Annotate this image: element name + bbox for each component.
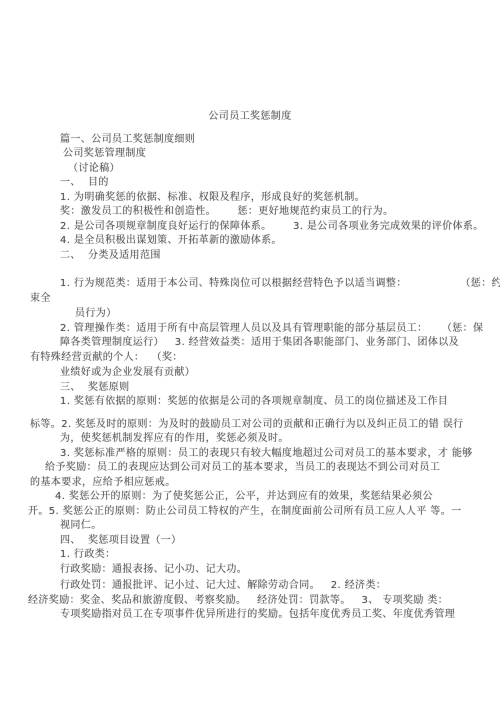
text-line: 标等。2. 奖惩及时的原则：为及时的鼓励员工对公司的贡献和正确行为以及纠正员工的…	[30, 418, 500, 433]
text-line: 的基本要求，应给予相应惩戒。	[30, 476, 500, 491]
text-line: 四、 奖惩项目设置（一）	[60, 534, 500, 549]
text-line: （讨论稿）	[68, 162, 500, 177]
text-line: 公司奖惩管理制度	[63, 147, 500, 162]
text-line: 三、 奖惩原则	[60, 381, 500, 396]
text-line: 1. 奖惩有依据的原则：奖惩的依据是公司的各项规章制度、员工的岗位描述及工作目	[60, 395, 500, 410]
document-title: 公司员工奖惩制度	[0, 110, 500, 125]
text-line: 行政奖励：通报表扬、记小功、记大功。	[60, 563, 500, 578]
text-line: 业绩好或为企业发展有贡献）	[60, 366, 500, 381]
text-line: 开。5. 奖惩公正的原则：防止公司员工特权的产生，在制度面前公司所有员工应人人平…	[28, 505, 500, 520]
text-line: 员行为）	[75, 307, 500, 322]
text-line: 行政处罚：通报批评、记小过、记大过、解除劳动合同。 2. 经济类：	[60, 579, 500, 594]
text-line: 2. 管理操作类：适用于所有中高层管理人员以及具有管理职能的部分基层员工： （惩…	[60, 322, 500, 337]
text-line: 篇一、公司员工奖惩制度细则	[60, 133, 500, 148]
text-line: 障各类管理制度运行） 3. 经营效益类：适用于集团各职能部门、业务部门、团体以及	[60, 336, 500, 351]
text-line: 有特殊经营贡献的个人： （奖：	[30, 351, 500, 366]
document-page: 公司员工奖惩制度篇一、公司员工奖惩制度细则公司奖惩管理制度（讨论稿）一、 目的1…	[0, 0, 500, 708]
document-body: 公司员工奖惩制度篇一、公司员工奖惩制度细则公司奖惩管理制度（讨论稿）一、 目的1…	[0, 0, 500, 623]
text-line: 给予奖励：员工的表现应达到公司对员工的基本要求，当员工的表现达不到公司对员工	[45, 461, 500, 476]
text-line: 专项奖励指对员工在专项事件优异所进行的奖励。包括年度优秀员工奖、年度优秀管理	[60, 608, 500, 623]
text-line: 3. 奖惩标准严格的原则：员工的表现只有较大幅度地超过公司对员工的基本要求，才 …	[60, 447, 500, 462]
text-line: 一、 目的	[60, 176, 500, 191]
text-line: 束全	[30, 292, 500, 307]
text-line: 视同仁。	[60, 519, 500, 534]
text-line: 2. 是公司各项规章制度良好运行的保障体系。 3. 是公司各项业务完成效果的评价…	[60, 220, 500, 235]
text-line: 4. 奖惩公开的原则：为了使奖惩公正，公平，并达到应有的效果，奖惩结果必须公	[55, 490, 500, 505]
text-line: 1. 行政类：	[60, 548, 500, 563]
text-line: 4. 是全员积极出谋划策、开拓革新的激励体系。	[60, 234, 500, 249]
text-line: 1. 行为规范类：适用于本公司、特殊岗位可以根据经营特色予以适当调整： （惩：约	[60, 277, 500, 292]
text-line: 奖：激发员工的积极性和创造性。 惩：更好地规范约束员工的行为。	[60, 205, 500, 220]
text-line: 经济奖励：奖金、奖品和旅游度假、考察奖励。 经济处罚：罚款等。 3、 专项奖励 …	[28, 594, 500, 609]
text-line: 二、 分类及适用范围	[60, 249, 500, 264]
text-line: 为，使奖惩机制发挥应有的作用，奖惩必须及时。	[60, 432, 500, 447]
text-line: 1. 为明确奖惩的依据、标准、权限及程序，形成良好的奖惩机制。	[60, 191, 500, 206]
